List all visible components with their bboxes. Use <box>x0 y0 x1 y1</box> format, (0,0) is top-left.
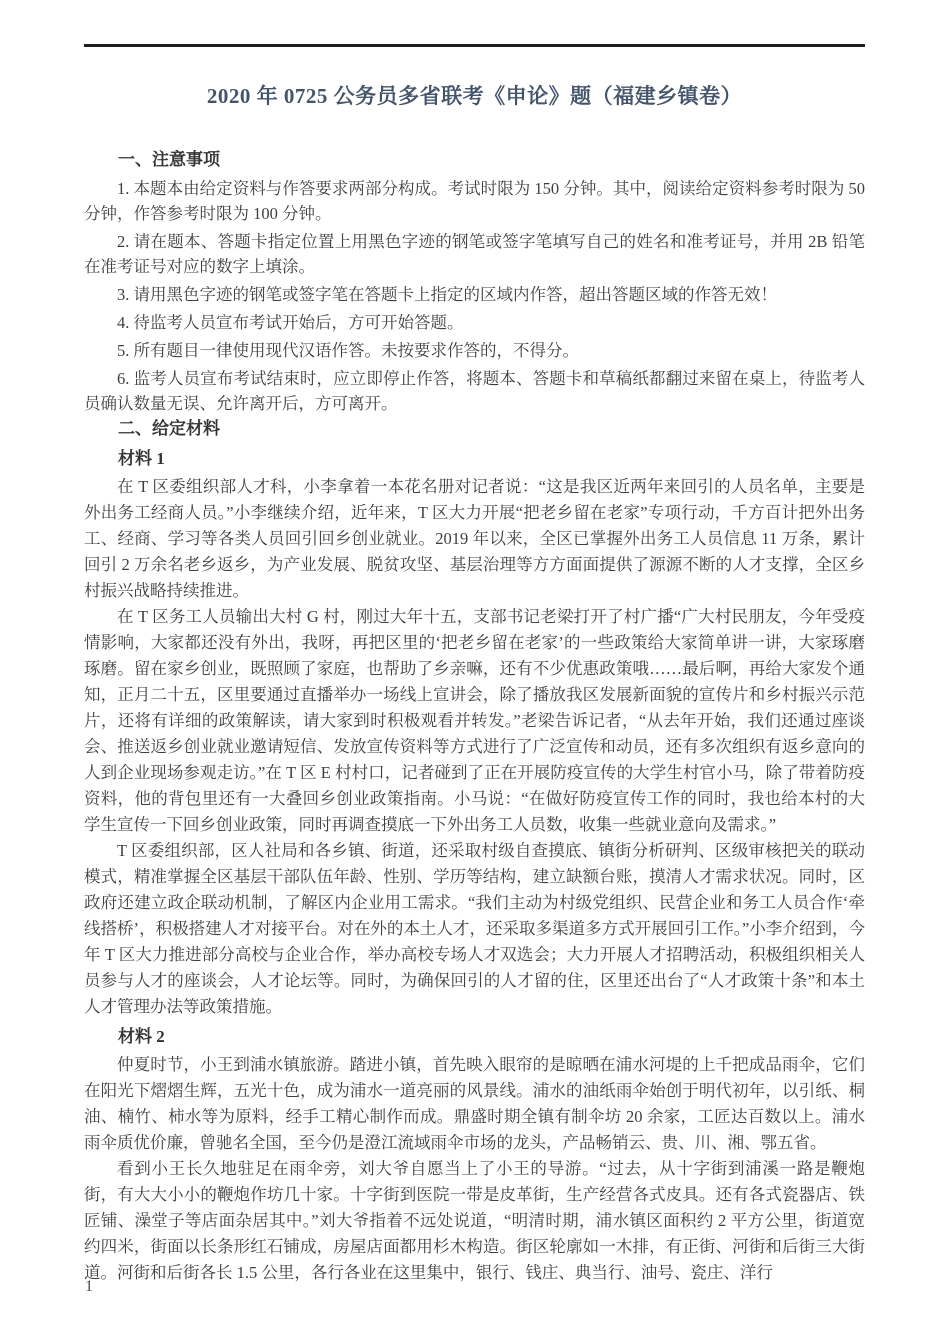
notice-item-1: 1. 本题本由给定资料与作答要求两部分构成。考试时限为 150 分钟。其中，阅读… <box>84 176 865 226</box>
document-page: 2020 年 0725 公务员多省联考《申论》题（福建乡镇卷） 一、注意事项 1… <box>0 0 950 1344</box>
material-1-paragraph-2: 在 T 区务工人员输出大村 G 村，刚过大年十五，支部书记老梁打开了村广播“广大… <box>84 604 865 838</box>
notice-item-6: 6. 监考人员宣布考试结束时，应立即停止作答，将题本、答题卡和草稿纸都翻过来留在… <box>84 366 865 416</box>
section-materials-heading: 二、给定材料 <box>84 416 865 442</box>
material-2-heading: 材料 2 <box>84 1024 865 1050</box>
page-number: 1 <box>85 1278 93 1296</box>
material-1-paragraph-1: 在 T 区委组织部人才科，小李拿着一本花名册对记者说：“这是我区近两年来回引的人… <box>84 474 865 604</box>
notice-item-2: 2. 请在题本、答题卡指定位置上用黑色字迹的钢笔或签字笔填写自己的姓名和准考证号… <box>84 229 865 279</box>
material-1-paragraph-3: T 区委组织部，区人社局和各乡镇、街道，还采取村级自查摸底、镇街分析研判、区级审… <box>84 838 865 1020</box>
page-content: 2020 年 0725 公务员多省联考《申论》题（福建乡镇卷） 一、注意事项 1… <box>84 0 865 1286</box>
notice-item-5: 5. 所有题目一律使用现代汉语作答。未按要求作答的，不得分。 <box>84 338 865 363</box>
material-2-paragraph-1: 仲夏时节，小王到浦水镇旅游。踏进小镇，首先映入眼帘的是晾晒在浦水河堤的上千把成品… <box>84 1052 865 1156</box>
document-title: 2020 年 0725 公务员多省联考《申论》题（福建乡镇卷） <box>84 81 865 111</box>
material-1-heading: 材料 1 <box>84 446 865 472</box>
notice-item-4: 4. 待监考人员宣布考试开始后，方可开始答题。 <box>84 310 865 335</box>
notice-item-3: 3. 请用黑色字迹的钢笔或签字笔在答题卡上指定的区域内作答，超出答题区域的作答无… <box>84 282 865 307</box>
header-rule <box>84 44 865 47</box>
material-2-paragraph-2: 看到小王长久地驻足在雨伞旁，刘大爷自愿当上了小王的导游。“过去，从十字街到浦溪一… <box>84 1156 865 1286</box>
section-notice-heading: 一、注意事项 <box>84 147 865 173</box>
